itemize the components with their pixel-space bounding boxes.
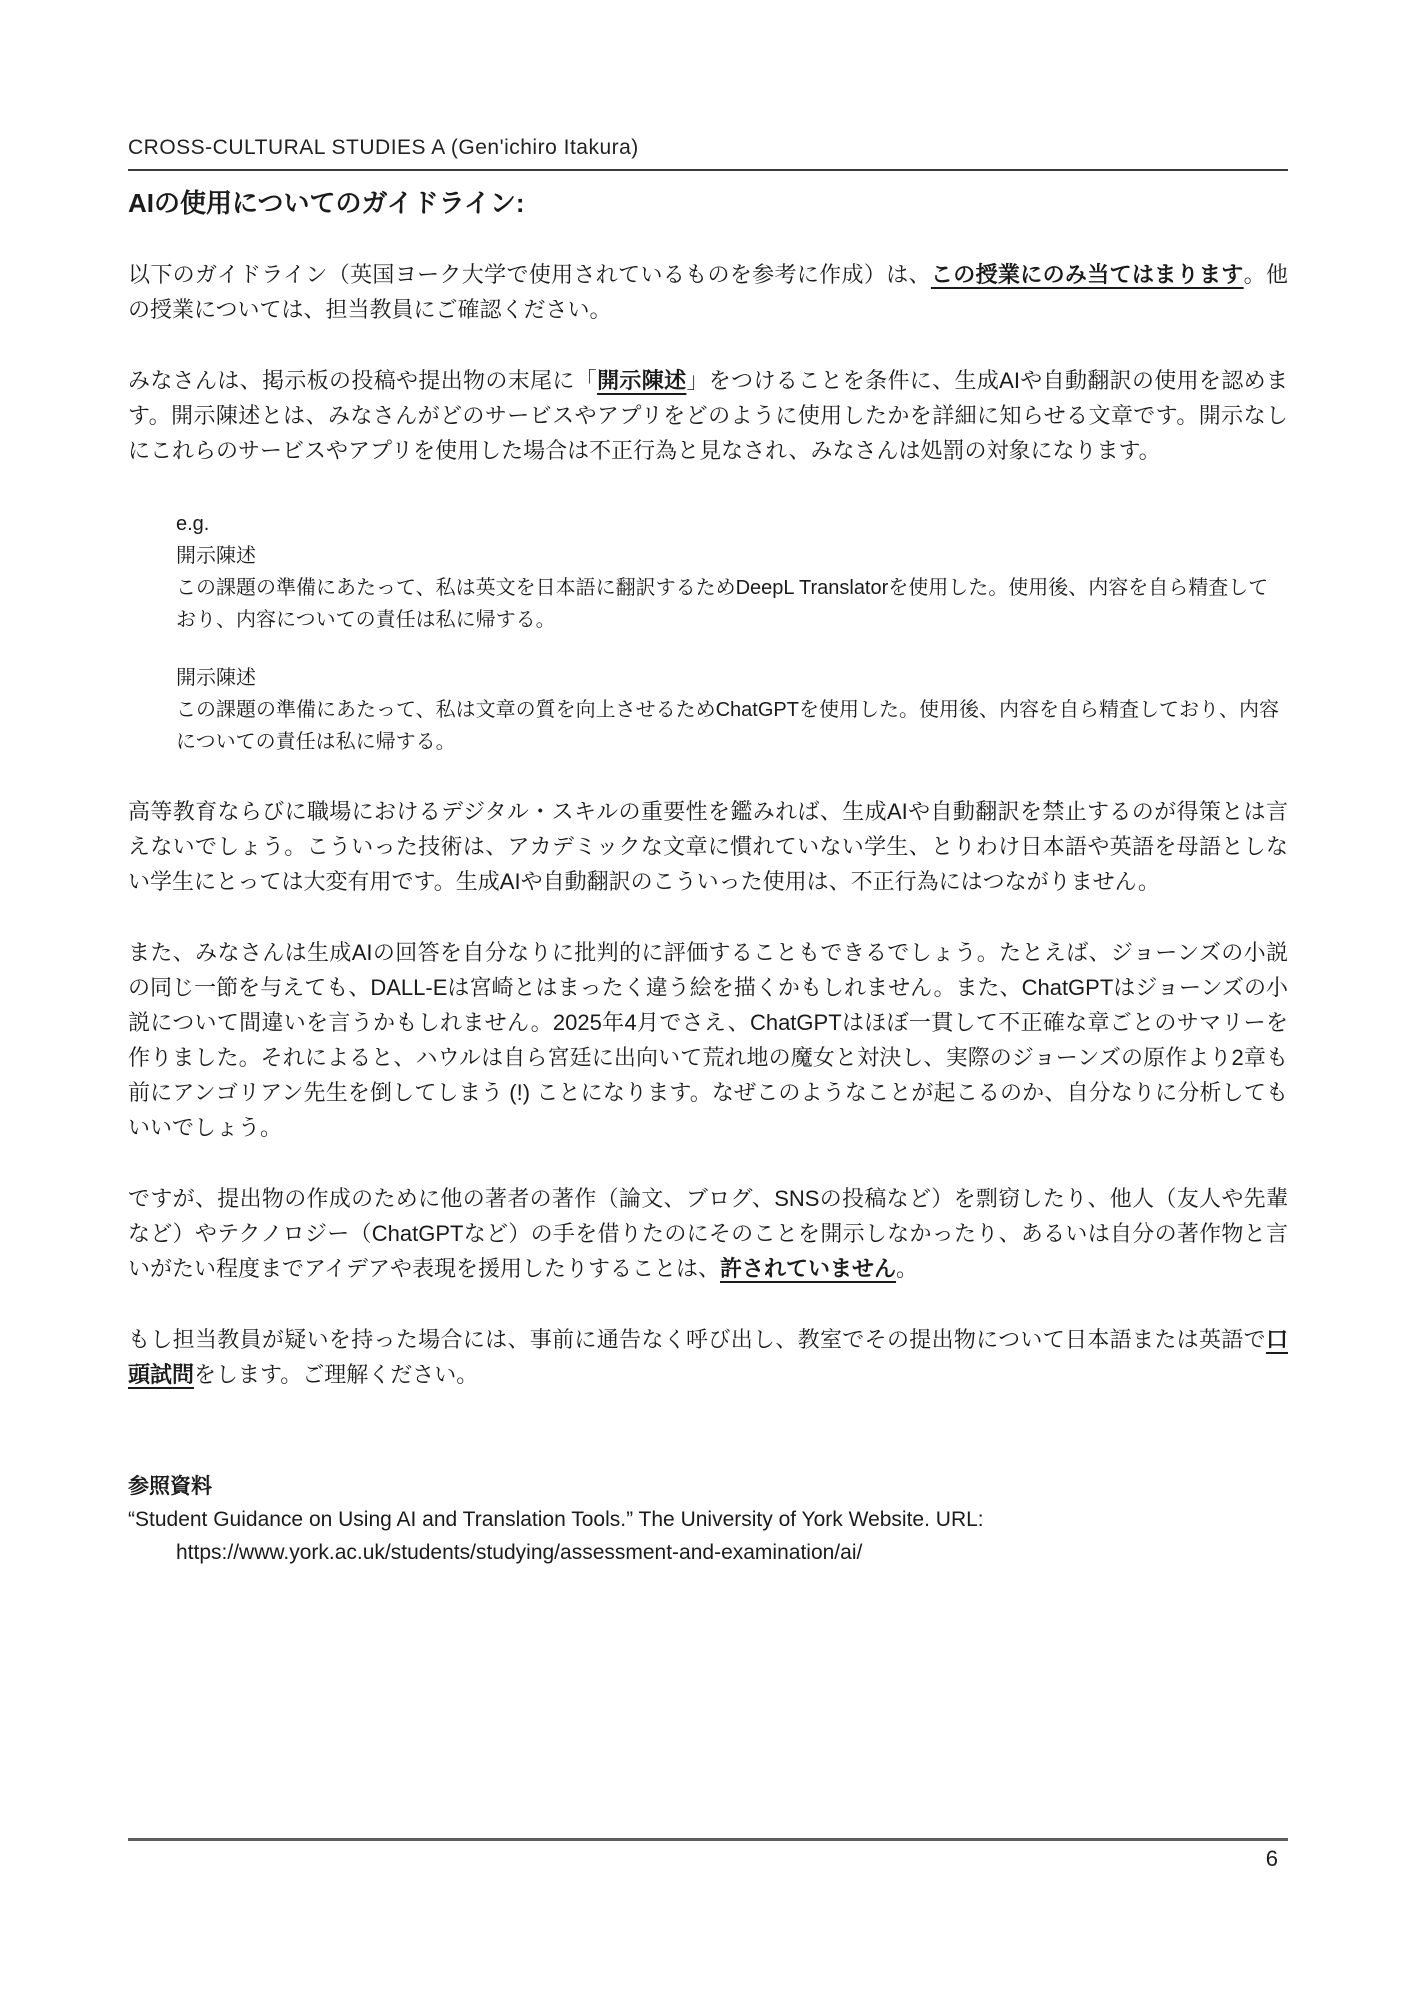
paragraph-disclosure-requirement: みなさんは、掲示板の投稿や提出物の末尾に「開示陳述」をつけることを条件に、生成A… (128, 363, 1288, 468)
course-title: CROSS-CULTURAL STUDIES A (Gen'ichiro Ita… (128, 136, 639, 159)
paragraph-guideline-scope: 以下のガイドライン（英国ヨーク大学で使用されているものを参考に作成）は、この授業… (128, 257, 1288, 327)
footer-divider (128, 1838, 1288, 1841)
example-text: この課題の準備にあたって、私は英文を日本語に翻訳するためDeepL Transl… (176, 572, 1288, 636)
paragraph-digital-skills: 高等教育ならびに職場におけるデジタル・スキルの重要性を鑑みれば、生成AIや自動翻… (128, 794, 1288, 899)
example-text: この課題の準備にあたって、私は文章の質を向上させるためChatGPTを使用した。… (176, 694, 1288, 758)
reference-citation: “Student Guidance on Using AI and Transl… (128, 1503, 1288, 1536)
document-header: CROSS-CULTURAL STUDIES A (Gen'ichiro Ita… (128, 136, 1288, 171)
reference-url-link[interactable]: https://www.york.ac.uk/students/studying… (176, 1536, 1288, 1569)
document-footer: 6 (128, 1838, 1288, 1872)
paragraph-oral-examination: もし担当教員が疑いを持った場合には、事前に通告なく呼び出し、教室でその提出物につ… (128, 1322, 1288, 1392)
page-title: AIの使用についてのガイドライン: (128, 187, 1288, 221)
references-section: 参照資料 “Student Guidance on Using AI and T… (128, 1470, 1288, 1569)
example-disclosure-chatgpt: 開示陳述 この課題の準備にあたって、私は文章の質を向上させるためChatGPTを… (176, 662, 1288, 758)
example-heading: 開示陳述 (176, 540, 1288, 572)
example-heading: 開示陳述 (176, 662, 1288, 694)
paragraph-critical-evaluation: また、みなさんは生成AIの回答を自分なりに批判的に評価することもできるでしょう。… (128, 935, 1288, 1145)
document-content: CROSS-CULTURAL STUDIES A (Gen'ichiro Ita… (128, 136, 1288, 1569)
paragraph-plagiarism-prohibition: ですが、提出物の作成のために他の著者の著作（論文、ブログ、SNSの投稿など）を剽… (128, 1181, 1288, 1286)
example-block: e.g. 開示陳述 この課題の準備にあたって、私は英文を日本語に翻訳するためDe… (176, 508, 1288, 758)
example-disclosure-deepl: 開示陳述 この課題の準備にあたって、私は英文を日本語に翻訳するためDeepL T… (176, 540, 1288, 636)
example-label: e.g. (176, 508, 1288, 540)
document-page: CROSS-CULTURAL STUDIES A (Gen'ichiro Ita… (0, 0, 1413, 2000)
page-number: 6 (128, 1846, 1288, 1872)
references-heading: 参照資料 (128, 1470, 1288, 1503)
